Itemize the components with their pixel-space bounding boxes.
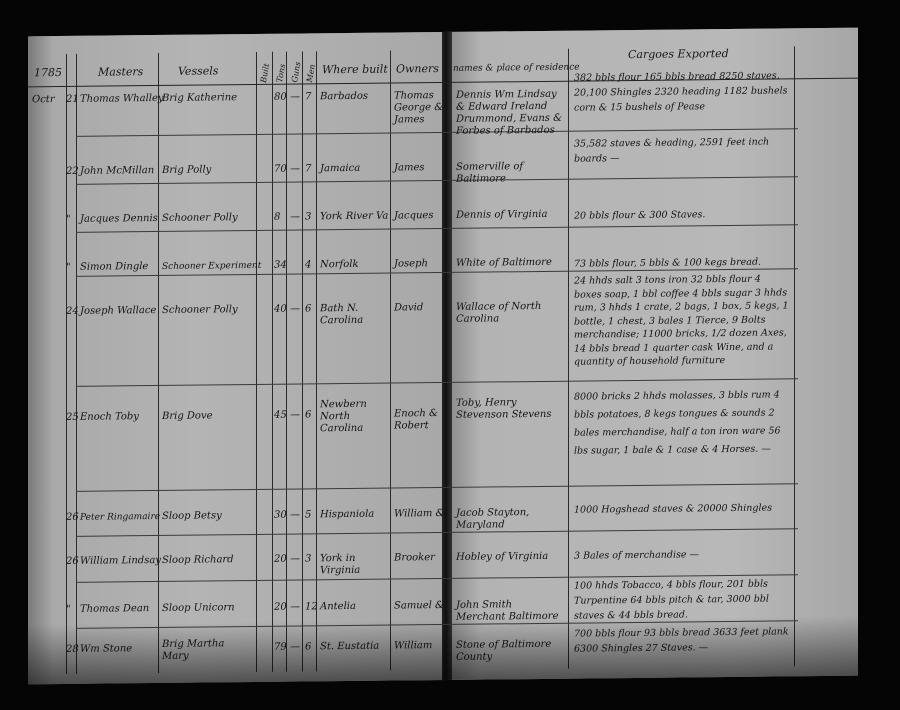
entry-vessel: Schooner Experiment (162, 260, 261, 273)
entry-master: Wm Stone (80, 643, 132, 656)
left-page (28, 32, 448, 684)
entry-owners-residence: White of Baltimore (456, 257, 564, 270)
entry-tons: 20 (274, 554, 287, 566)
entry-owners-residence: Dennis of Virginia (456, 209, 564, 222)
entry-tons: 70 (274, 164, 287, 176)
header-year: 1785 (34, 66, 62, 79)
entry-vessel: Brig Polly (162, 164, 211, 177)
entry-day: 26 (66, 512, 79, 524)
entry-vessel: Sloop Unicorn (162, 602, 235, 615)
entry-owners: Jacques (394, 210, 450, 223)
entry-day: 28 (66, 644, 79, 656)
entry-men: 6 (305, 303, 311, 315)
entry-cargo: 73 bbls flour, 5 bbls & 100 kegs bread. (574, 254, 789, 271)
entry-tons: 80 (274, 92, 287, 104)
entry-guns: — (290, 601, 300, 613)
entry-master: Thomas Whalley (80, 93, 164, 106)
entry-owners: William (394, 640, 450, 653)
entry-vessel: Schooner Polly (162, 212, 238, 225)
entry-where-bound: York in Virginia (320, 553, 390, 578)
entry-master: Jacques Dennis (80, 213, 158, 226)
entry-where-bound: Bath N. Carolina (320, 303, 390, 328)
entry-owners-residence: Wallace of North Carolina (456, 301, 564, 326)
entry-master: Joseph Wallace (80, 305, 156, 318)
entry-where-bound: Antelia (320, 601, 356, 613)
book-gutter (442, 32, 452, 680)
entry-owners: Brooker (394, 552, 450, 565)
entry-tons: 34 (274, 260, 287, 272)
entry-owners-residence: John Smith Merchant Baltimore (456, 599, 564, 624)
header-owners-residence: names & place of residence (453, 63, 580, 74)
entry-vessel: Brig Katherine (162, 92, 237, 105)
entry-where-bound: Newbern North Carolina (320, 399, 390, 436)
entry-master: Peter Ringamaire (80, 511, 160, 524)
ledger-book: 1785 Masters Vessels Built Tons Guns Men… (28, 28, 858, 685)
entry-owners-residence: Jacob Stayton, Maryland (456, 507, 564, 532)
entry-guns: — (290, 211, 300, 223)
entry-day: 25 (66, 412, 79, 424)
entry-master: William Lindsay (80, 555, 161, 568)
entry-where-bound: St. Eustatia (320, 641, 379, 654)
entry-month: Octr (32, 94, 55, 106)
entry-men: 4 (305, 259, 311, 271)
header-cargoes: Cargoes Exported (628, 47, 729, 61)
entry-master: Thomas Dean (80, 603, 149, 616)
entry-guns: — (290, 163, 300, 175)
entry-tons: 20 (274, 602, 287, 614)
entry-men: 12 (305, 601, 318, 613)
header-where-bound: Where built (322, 63, 388, 77)
entry-cargo: 700 bbls flour 93 bbls bread 3633 feet p… (574, 624, 789, 656)
entry-men: 6 (305, 409, 311, 421)
entry-vessel: Brig Martha Mary (162, 638, 242, 663)
entry-cargo: 20 bbls flour & 300 Staves. (574, 206, 789, 223)
entry-owners: William & (394, 508, 450, 521)
entry-guns: — (290, 509, 300, 521)
header-masters: Masters (98, 65, 143, 78)
entry-tons: 30 (274, 510, 287, 522)
entry-day: 21 (66, 94, 79, 106)
entry-cargo: 3 Bales of merchandise — (574, 546, 789, 563)
entry-day: " (66, 214, 71, 226)
entry-tons: 40 (274, 304, 287, 316)
entry-where-bound: Jamaica (320, 163, 360, 175)
entry-vessel: Brig Dove (162, 410, 213, 423)
entry-tons: 79 (274, 642, 287, 654)
entry-men: 5 (305, 509, 311, 521)
entry-guns: — (290, 409, 300, 421)
entry-guns: — (290, 91, 300, 103)
entry-cargo: 35,582 staves & heading, 2591 feet inch … (574, 134, 789, 166)
entry-where-bound: Hispaniola (320, 509, 374, 522)
entry-vessel: Sloop Richard (162, 554, 234, 567)
entry-where-bound: Barbados (320, 91, 368, 104)
entry-master: John McMillan (80, 165, 154, 178)
entry-men: 7 (305, 163, 311, 175)
rule (66, 54, 67, 674)
entry-men: 3 (305, 553, 311, 565)
header-owners: Owners (396, 62, 439, 75)
entry-guns: — (290, 641, 300, 653)
entry-owners: Samuel & (394, 600, 450, 613)
entry-day: " (66, 262, 71, 274)
entry-cargo: 382 bbls flour 165 bbls bread 8250 stave… (574, 68, 789, 115)
entry-owners: Enoch & Robert (394, 408, 450, 433)
entry-vessel: Sloop Betsy (162, 510, 222, 523)
entry-owners: Joseph (394, 258, 450, 271)
header-vessels: Vessels (178, 64, 218, 77)
entry-where-bound: York River Va (320, 211, 388, 224)
entry-owners-residence: Toby, Henry Stevenson Stevens (456, 397, 564, 422)
entry-guns: — (290, 553, 300, 565)
entry-men: 7 (305, 91, 311, 103)
entry-where-bound: Norfolk (320, 259, 359, 271)
entry-owners-residence: Hobley of Virginia (456, 551, 564, 564)
entry-owners-residence: Stone of Baltimore County (456, 639, 564, 664)
entry-men: 6 (305, 641, 311, 653)
entry-owners-residence: Somerville of Baltimore (456, 161, 564, 186)
entry-cargo: 8000 bricks 2 hhds molasses, 3 bbls rum … (574, 386, 789, 460)
entry-tons: 45 (274, 410, 287, 422)
entry-tons: 8 (274, 212, 280, 224)
entry-day: 26 (66, 556, 79, 568)
entry-master: Simon Dingle (80, 261, 148, 274)
entry-day: " (66, 604, 71, 616)
entry-owners-residence: Dennis Wm Lindsay & Edward Ireland Drumm… (456, 89, 564, 138)
entry-vessel: Schooner Polly (162, 304, 238, 317)
entry-cargo: 1000 Hogshead staves & 20000 Shingles (574, 500, 789, 517)
entry-cargo: 24 hhds salt 3 tons iron 32 bbls flour 4… (574, 272, 789, 369)
entry-cargo: 100 hhds Tobacco, 4 bbls flour, 201 bbls… (574, 576, 789, 623)
entry-owners: David (394, 302, 450, 315)
entry-master: Enoch Toby (80, 411, 139, 424)
entry-men: 3 (305, 211, 311, 223)
entry-owners: Thomas George & James (394, 90, 450, 127)
entry-day: 22 (66, 166, 79, 178)
entry-owners: James (394, 162, 450, 175)
entry-guns: — (290, 303, 300, 315)
entry-day: 24 (66, 306, 79, 318)
